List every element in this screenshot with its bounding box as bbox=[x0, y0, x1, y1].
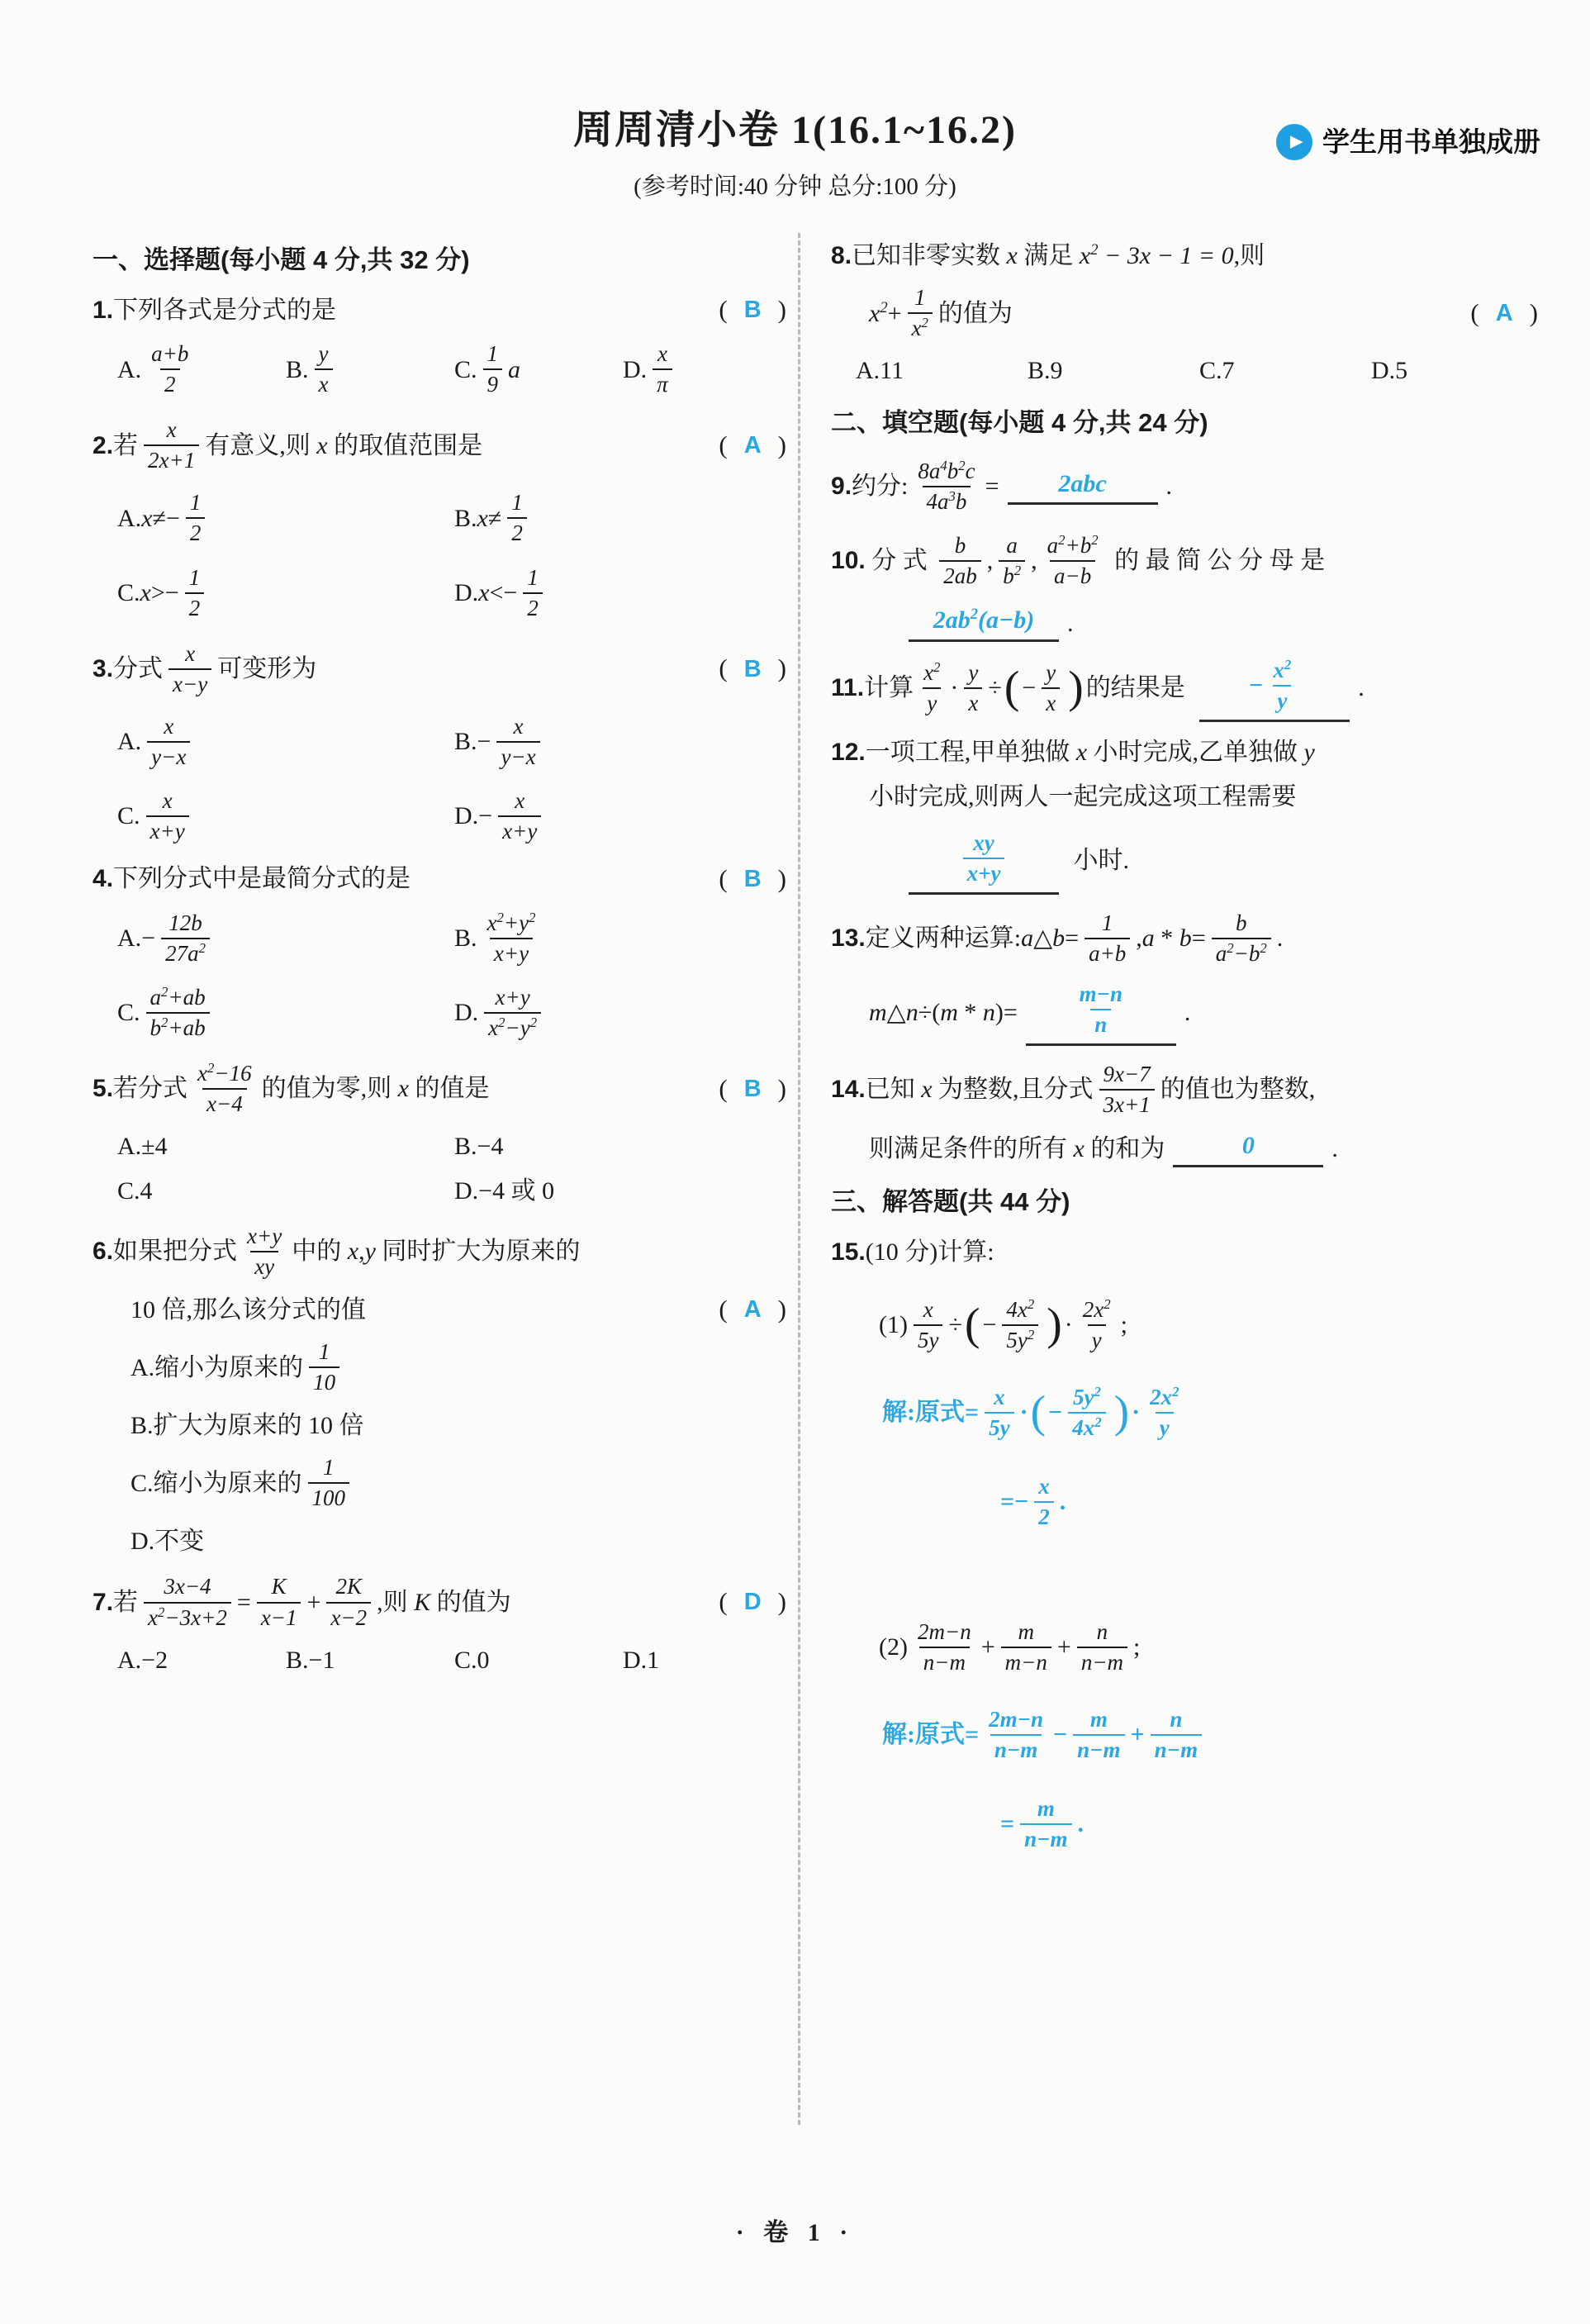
text: 的取值范围是 bbox=[328, 430, 483, 462]
answer-paren: (A) bbox=[719, 430, 791, 462]
text: 已知非零实数 bbox=[852, 240, 1007, 272]
fraction: xy−x bbox=[496, 714, 539, 770]
line-content: m△n÷(m * n)=m−nn. bbox=[869, 979, 1543, 1046]
text: 定义两种运算: bbox=[866, 923, 1021, 954]
option: D.−xx+y bbox=[454, 786, 791, 847]
denominator: x−2 bbox=[326, 1602, 371, 1631]
numerator: 1 bbox=[507, 490, 527, 517]
text: , bbox=[987, 545, 994, 577]
big-paren: ) bbox=[1068, 668, 1083, 709]
numerator: 1 bbox=[910, 285, 930, 312]
text: 三、解答题(共 44 分) bbox=[831, 1186, 1070, 1219]
fraction: yx bbox=[964, 660, 982, 716]
text: B. bbox=[286, 354, 309, 386]
superscript: 2 bbox=[161, 984, 168, 1000]
text: C. bbox=[117, 997, 140, 1029]
line-content: 10. 分 式 b2ab,ab2,a2+b2a−b 的 最 简 公 分 母 是 bbox=[831, 530, 1543, 592]
text: B.扩大为原来的 10 倍 bbox=[131, 1410, 364, 1442]
fraction: x2x+1 bbox=[144, 417, 199, 473]
fraction: m−nn bbox=[1075, 981, 1127, 1038]
fraction: ba2−b2 bbox=[1212, 910, 1271, 967]
line-content: D.不变 bbox=[131, 1523, 791, 1558]
denominator: n−m bbox=[1077, 1647, 1127, 1675]
superscript: 2 bbox=[922, 315, 928, 330]
line-content: A.缩小为原来的110 bbox=[131, 1337, 791, 1398]
text: − bbox=[1048, 1397, 1062, 1428]
numerator: 1 bbox=[315, 1339, 335, 1366]
text: A.±4 bbox=[117, 1131, 168, 1162]
line-content: 小时完成,则两人一起完成这项工程需要 bbox=[869, 780, 1543, 815]
numerator: x bbox=[510, 788, 529, 815]
text: D.5 bbox=[1371, 355, 1407, 387]
math: x bbox=[141, 503, 152, 535]
text: . bbox=[1184, 997, 1191, 1029]
option: D.−4 或 0 bbox=[454, 1176, 791, 1207]
math: a bbox=[508, 354, 520, 386]
superscript: 2 bbox=[1094, 1414, 1101, 1430]
superscript: 2 bbox=[880, 299, 887, 316]
numerator: x+y bbox=[491, 985, 534, 1012]
line-content: 3.分式xx−y可变形为(B) bbox=[93, 639, 791, 700]
open-paren: ( bbox=[719, 1073, 727, 1105]
superscript: 2 bbox=[971, 606, 978, 623]
denominator: b2 bbox=[999, 560, 1025, 589]
q6-stem: 6.如果把分式x+yxy中的 x,y 同时扩大为原来的 bbox=[93, 1221, 791, 1282]
numerator: n bbox=[1165, 1707, 1186, 1734]
line-content: (2)2m−nn−m+mm−n+nn−m; bbox=[879, 1617, 1543, 1678]
text: ÷ bbox=[988, 672, 1001, 704]
fraction: 1x2 bbox=[908, 285, 933, 341]
close-paren: ) bbox=[778, 1073, 786, 1105]
student-book-badge: ▶ 学生用书单独成册 bbox=[1276, 124, 1540, 160]
q6-option-c: C.缩小为原来的1100 bbox=[131, 1452, 791, 1514]
superscript: 2 bbox=[1094, 1384, 1100, 1400]
q10-stem: 10. 分 式 b2ab,ab2,a2+b2a−b 的 最 简 公 分 母 是 bbox=[831, 530, 1543, 592]
fraction: xy−x bbox=[147, 714, 190, 770]
answer-letter: B bbox=[728, 1074, 778, 1104]
numerator: x2 bbox=[1269, 658, 1295, 685]
fraction: 8a4b2c4a3b bbox=[914, 459, 979, 515]
text: (10 分)计算: bbox=[866, 1237, 994, 1268]
option: C.7 bbox=[1199, 355, 1371, 387]
answer-letter: A bbox=[1479, 298, 1530, 328]
text: ÷( bbox=[918, 997, 940, 1029]
superscript: 2 bbox=[530, 1015, 537, 1030]
text: . bbox=[1067, 608, 1074, 639]
text: D.1 bbox=[623, 1645, 659, 1676]
line-content: 2ab2(a−b). bbox=[900, 605, 1543, 642]
text: C.缩小为原来的 bbox=[131, 1468, 302, 1499]
q6-option-d: D.不变 bbox=[131, 1523, 791, 1558]
answer-blank: m−nn bbox=[1026, 979, 1176, 1046]
option: B.−xy−x bbox=[454, 711, 791, 772]
question-number: 13. bbox=[831, 923, 866, 954]
answer-letter: B bbox=[728, 864, 778, 894]
q12-answer: xyx+y 小时. bbox=[900, 828, 1543, 895]
close-paren: ) bbox=[778, 430, 786, 462]
line-content: 7.若3x−4x2−3x+2=Kx−1+2Kx−2,则 K 的值为(D) bbox=[93, 1571, 791, 1633]
text: C. bbox=[117, 577, 140, 609]
text: 0 bbox=[1242, 1130, 1255, 1162]
big-paren: ( bbox=[965, 1305, 980, 1346]
line-content: 9.约分:8a4b2c4a3b=2abc. bbox=[831, 456, 1543, 517]
line-content: 二、填空题(每小题 4 分,共 24 分) bbox=[831, 406, 1543, 441]
denominator: y bbox=[923, 687, 941, 716]
superscript: 2 bbox=[1104, 1296, 1110, 1312]
denominator: m−n bbox=[1001, 1647, 1051, 1675]
text: * bbox=[1155, 923, 1179, 954]
option: C.0 bbox=[454, 1645, 623, 1676]
math: m bbox=[869, 997, 887, 1029]
denominator: x bbox=[315, 368, 333, 397]
answer-blank: 2abc bbox=[1008, 468, 1158, 506]
numerator: x bbox=[653, 341, 672, 368]
q14-cont: 则满足条件的所有 x 的和为0. bbox=[869, 1130, 1543, 1167]
answer-paren: (B) bbox=[719, 653, 791, 685]
option: A.xy−x bbox=[117, 711, 454, 772]
line-content: 13.定义两种运算:a△b=1a+b,a * b=ba2−b2. bbox=[831, 908, 1543, 969]
open-paren: ( bbox=[719, 863, 727, 896]
option: A.a+b2 bbox=[117, 339, 286, 400]
line-content: B.扩大为原来的 10 倍 bbox=[131, 1408, 791, 1442]
big-paren: ) bbox=[1114, 1392, 1129, 1433]
numerator: x bbox=[510, 714, 528, 741]
text: >− bbox=[151, 577, 179, 609]
denominator: y bbox=[1156, 1412, 1174, 1441]
answer-paren: (B) bbox=[719, 294, 791, 326]
text: C. bbox=[454, 354, 477, 386]
option: D.5 bbox=[1371, 355, 1543, 387]
page-number: · 卷 1 · bbox=[0, 2217, 1590, 2249]
math: x bbox=[1074, 1133, 1085, 1165]
fraction: xx+y bbox=[146, 788, 189, 844]
text: ≠− bbox=[153, 503, 180, 535]
fraction: 1100 bbox=[308, 1455, 350, 1511]
text: )= bbox=[995, 997, 1018, 1029]
denominator: n−m bbox=[1020, 1823, 1071, 1852]
numerator: 8a4b2c bbox=[914, 459, 979, 486]
text: D. bbox=[454, 801, 478, 832]
text: * bbox=[958, 997, 983, 1029]
denominator: 10 bbox=[309, 1366, 339, 1395]
answer-paren: (B) bbox=[719, 1073, 791, 1105]
numerator: a2+b2 bbox=[1043, 533, 1103, 560]
q6-option-b: B.扩大为原来的 10 倍 bbox=[131, 1408, 791, 1442]
right-column: 8.已知非零实数 x 满足 x2 − 3x − 1 = 0,则x2+1x2的值为… bbox=[831, 230, 1543, 1860]
fraction: xyx+y bbox=[963, 830, 1005, 886]
option: D.1 bbox=[623, 1645, 791, 1676]
q4-stem: 4.下列分式中是最简分式的是(B) bbox=[93, 862, 791, 896]
q5-stem: 5.若分式x2−16x−4的值为零,则 x 的值是(B) bbox=[93, 1058, 791, 1119]
text: A. bbox=[117, 726, 141, 758]
question-number: 11. bbox=[831, 672, 864, 704]
denominator: 5y bbox=[914, 1324, 942, 1353]
line-content: 6.如果把分式x+yxy中的 x,y 同时扩大为原来的 bbox=[93, 1221, 791, 1282]
text: 分 式 bbox=[866, 545, 934, 577]
text: 的值为零,则 bbox=[262, 1073, 398, 1105]
q1-options: A.a+b2B.yxC.19aD.xπ bbox=[117, 339, 791, 400]
numerator: m bbox=[1014, 1619, 1039, 1647]
text: =− bbox=[1000, 1486, 1028, 1518]
math: y bbox=[365, 1236, 376, 1267]
close-paren: ) bbox=[778, 653, 786, 685]
superscript: 2 bbox=[1090, 241, 1098, 259]
two-column-body: 一、选择题(每小题 4 分,共 32 分)1.下列各式是分式的是(B)A.a+b… bbox=[93, 230, 1549, 1860]
numerator: 2K bbox=[332, 1574, 367, 1601]
text: (2) bbox=[879, 1632, 908, 1663]
numerator: 2x2 bbox=[1079, 1297, 1115, 1324]
denominator: x+y bbox=[146, 815, 189, 844]
q8-stem-cont: x2+1x2的值为(A) bbox=[869, 283, 1543, 344]
q12-stem: 12.一项工程,甲单独做 x 小时完成,乙单独做 y bbox=[831, 735, 1543, 770]
math: b bbox=[1052, 923, 1065, 954]
numerator: x bbox=[159, 714, 178, 741]
text: C.0 bbox=[454, 1645, 490, 1676]
superscript: 2 bbox=[1028, 1327, 1034, 1343]
text: − bbox=[477, 726, 491, 758]
q15: 15.(10 分)计算: bbox=[831, 1235, 1543, 1270]
text: △ bbox=[887, 997, 906, 1029]
fraction: a2+b2a−b bbox=[1043, 533, 1103, 589]
option: D.xπ bbox=[623, 339, 791, 400]
q15-part1: (1)x5y÷(−4x25y2)·2x2y; bbox=[879, 1295, 1543, 1356]
open-paren: ( bbox=[1470, 297, 1478, 330]
answer-letter: B bbox=[728, 295, 778, 325]
q14: 14.已知 x 为整数,且分式9x−73x+1的值也为整数, bbox=[831, 1059, 1543, 1120]
math: x bbox=[316, 430, 327, 462]
text: − bbox=[1248, 670, 1263, 701]
numerator: x bbox=[919, 1297, 937, 1324]
denominator: x−y bbox=[168, 668, 211, 697]
math: 2abc bbox=[1058, 468, 1106, 500]
denominator: x2−3x+2 bbox=[144, 1602, 231, 1631]
denominator: n bbox=[1090, 1009, 1111, 1038]
q15-part2-result: =mn−m. bbox=[1000, 1794, 1543, 1855]
math: x bbox=[398, 1073, 409, 1105]
text: ≠ bbox=[488, 503, 501, 535]
denominator: a+b bbox=[1085, 938, 1130, 967]
denominator: y−x bbox=[147, 741, 190, 770]
question-number: 6. bbox=[93, 1236, 113, 1267]
answer-letter: D bbox=[728, 1587, 778, 1617]
question-number: 8. bbox=[831, 240, 852, 272]
fraction: 19 bbox=[483, 341, 503, 397]
line-content: 2.若x2x+1有意义,则 x 的取值范围是(A) bbox=[93, 415, 791, 476]
denominator: 2 bbox=[186, 517, 206, 546]
superscript: 3 bbox=[949, 488, 956, 504]
text: 的值是 bbox=[409, 1073, 490, 1105]
numerator: x bbox=[181, 641, 199, 668]
left-column: 一、选择题(每小题 4 分,共 32 分)1.下列各式是分式的是(B)A.a+b… bbox=[93, 230, 791, 1682]
line-content: x2+1x2的值为(A) bbox=[869, 283, 1543, 344]
option: A.x≠−12 bbox=[117, 487, 454, 549]
fraction: 2x2y bbox=[1079, 1297, 1115, 1353]
fraction: 110 bbox=[309, 1339, 339, 1395]
text: (1) bbox=[879, 1309, 908, 1341]
text: + bbox=[1057, 1632, 1071, 1663]
text: 的值为 bbox=[430, 1587, 511, 1618]
text: B. bbox=[454, 503, 477, 535]
numerator: b bbox=[1232, 910, 1251, 938]
math: K bbox=[414, 1587, 430, 1618]
superscript: 2 bbox=[1028, 1296, 1034, 1312]
text: 同时扩大为原来的 bbox=[376, 1236, 581, 1267]
denominator: x+y bbox=[490, 938, 533, 967]
answer-blank: −x2y bbox=[1199, 655, 1350, 722]
fraction: 2m−nn−m bbox=[914, 1619, 975, 1675]
big-paren: ) bbox=[1047, 1305, 1061, 1346]
fraction: x5y bbox=[914, 1297, 942, 1353]
option: B.x≠12 bbox=[454, 487, 791, 549]
text: A.缩小为原来的 bbox=[131, 1352, 303, 1384]
text: A.−2 bbox=[117, 1645, 168, 1676]
numerator: 2m−n bbox=[985, 1707, 1047, 1734]
line-content: 10 倍,那么该分式的值(A) bbox=[131, 1292, 791, 1327]
text: D. bbox=[623, 354, 647, 386]
text: 如果把分式 bbox=[113, 1236, 237, 1267]
math: x bbox=[477, 503, 488, 535]
text: = bbox=[1065, 923, 1079, 954]
big-paren: ( bbox=[1031, 1392, 1046, 1433]
text: 满足 bbox=[1018, 240, 1080, 272]
denominator: 9 bbox=[483, 368, 503, 397]
fraction: mm−n bbox=[1001, 1619, 1051, 1675]
option: B.x2+y2x+y bbox=[454, 908, 791, 969]
fraction: nn−m bbox=[1151, 1707, 1202, 1763]
text: 下列分式中是最简分式的是 bbox=[113, 863, 411, 895]
q2-options-row1: A.x≠−12B.x≠12 bbox=[117, 487, 791, 549]
text: + bbox=[1131, 1719, 1145, 1751]
fraction: xx−y bbox=[168, 641, 211, 697]
line-content: =−x2. bbox=[1000, 1471, 1543, 1533]
big-paren: ( bbox=[1004, 668, 1019, 709]
superscript: 2 bbox=[1260, 940, 1266, 956]
text: D. bbox=[454, 997, 478, 1029]
q2-stem: 2.若x2x+1有意义,则 x 的取值范围是(A) bbox=[93, 415, 791, 476]
numerator: 1 bbox=[1098, 910, 1118, 938]
numerator: 2m−n bbox=[914, 1619, 975, 1647]
options-row: A.±4B.−4 bbox=[117, 1131, 791, 1162]
text: 一项工程,甲单独做 bbox=[866, 737, 1076, 768]
close-paren: ) bbox=[778, 1586, 786, 1618]
fraction: 2x2y bbox=[1146, 1385, 1183, 1441]
superscript: 2 bbox=[529, 910, 535, 925]
denominator: x+y bbox=[963, 858, 1005, 886]
q5-options-row1: A.±4B.−4 bbox=[117, 1131, 791, 1162]
fraction: x5y bbox=[985, 1385, 1013, 1441]
line-content: 5.若分式x2−16x−4的值为零,则 x 的值是(B) bbox=[93, 1058, 791, 1119]
line-content: 11.计算x2y·yx÷(−yx)的结果是 −x2y. bbox=[831, 655, 1543, 722]
fraction: 12 bbox=[523, 565, 543, 621]
text: A. bbox=[117, 354, 141, 386]
math: x bbox=[1007, 240, 1018, 272]
fraction: nn−m bbox=[1077, 1619, 1127, 1675]
superscript: 2 bbox=[497, 910, 504, 925]
q12-cont: 小时完成,则两人一起完成这项工程需要 bbox=[869, 780, 1543, 815]
open-paren: ( bbox=[719, 1294, 727, 1326]
text: = bbox=[237, 1587, 251, 1618]
math: x bbox=[921, 1074, 932, 1105]
close-paren: ) bbox=[778, 294, 786, 326]
option: C.4 bbox=[117, 1176, 454, 1207]
math: n bbox=[983, 997, 995, 1029]
text: 则满足条件的所有 bbox=[869, 1133, 1074, 1165]
options-row: A.−2B.−1C.0D.1 bbox=[117, 1645, 791, 1676]
text: · bbox=[1020, 1397, 1028, 1428]
text: 小时完成,则两人一起完成这项工程需要 bbox=[869, 782, 1297, 813]
line-content: 1.下列各式是分式的是(B) bbox=[93, 292, 791, 327]
denominator: 3x+1 bbox=[1099, 1089, 1155, 1118]
answer-paren: (A) bbox=[719, 1294, 791, 1326]
text: A. bbox=[117, 503, 141, 535]
text: 若 bbox=[113, 1587, 138, 1618]
text: C. bbox=[117, 801, 140, 832]
numerator: y bbox=[315, 341, 333, 368]
text: = bbox=[985, 471, 999, 502]
question-number: 15. bbox=[831, 1237, 866, 1268]
text: . bbox=[1078, 1808, 1085, 1840]
answer-paren: (D) bbox=[719, 1586, 791, 1618]
denominator: 27a2 bbox=[161, 938, 210, 967]
text: − bbox=[1053, 1719, 1067, 1751]
play-icon: ▶ bbox=[1276, 124, 1312, 160]
text: 下列各式是分式的是 bbox=[113, 295, 336, 326]
fraction: 12b27a2 bbox=[161, 910, 210, 967]
fraction: x2y bbox=[1269, 658, 1295, 714]
denominator: π bbox=[653, 368, 672, 397]
fraction: 1a+b bbox=[1085, 910, 1130, 967]
math: a bbox=[1021, 923, 1033, 954]
close-paren: ) bbox=[778, 863, 786, 896]
text: 二、填空题(每小题 4 分,共 24 分) bbox=[831, 407, 1208, 440]
q11: 11.计算x2y·yx÷(−yx)的结果是 −x2y. bbox=[831, 655, 1543, 722]
numerator: y bbox=[1042, 660, 1060, 687]
numerator: x bbox=[1034, 1474, 1054, 1501]
denominator: 100 bbox=[308, 1482, 350, 1511]
math: x2 − 3x − 1 = 0 bbox=[1080, 240, 1234, 272]
close-paren: ) bbox=[778, 1294, 786, 1326]
text: B. bbox=[454, 726, 477, 758]
numerator: 4x2 bbox=[1002, 1297, 1038, 1324]
fraction: xπ bbox=[653, 341, 672, 397]
text: A. bbox=[117, 923, 141, 954]
line-content: 15.(10 分)计算: bbox=[831, 1235, 1543, 1270]
answer-letter: A bbox=[728, 1295, 778, 1324]
answer-paren: (B) bbox=[719, 863, 791, 896]
numerator: 1 bbox=[319, 1455, 339, 1482]
option: C.19a bbox=[454, 339, 623, 400]
text: 若分式 bbox=[113, 1073, 187, 1105]
numerator: a+b bbox=[147, 341, 192, 368]
fraction: 5y24x2 bbox=[1068, 1385, 1105, 1441]
page-subtitle: (参考时间:40 分钟 总分:100 分) bbox=[0, 172, 1590, 202]
text: · bbox=[1065, 1309, 1073, 1341]
text: , bbox=[1031, 545, 1037, 577]
option: A.11 bbox=[856, 355, 1028, 387]
option: A.−2 bbox=[117, 1645, 286, 1676]
math: 2ab2(a−b) bbox=[933, 605, 1034, 636]
superscript: 2 bbox=[207, 1060, 214, 1076]
text: + bbox=[981, 1632, 995, 1663]
line-content: 三、解答题(共 44 分) bbox=[831, 1186, 1543, 1220]
superscript: 2 bbox=[958, 458, 965, 473]
denominator: x bbox=[1042, 687, 1060, 716]
answer-letter: A bbox=[728, 430, 778, 460]
denominator: n−m bbox=[990, 1734, 1042, 1763]
q3-options-row1: A.xy−xB.−xy−x bbox=[117, 711, 791, 772]
fraction: 12 bbox=[186, 490, 206, 546]
open-paren: ( bbox=[719, 1586, 727, 1618]
